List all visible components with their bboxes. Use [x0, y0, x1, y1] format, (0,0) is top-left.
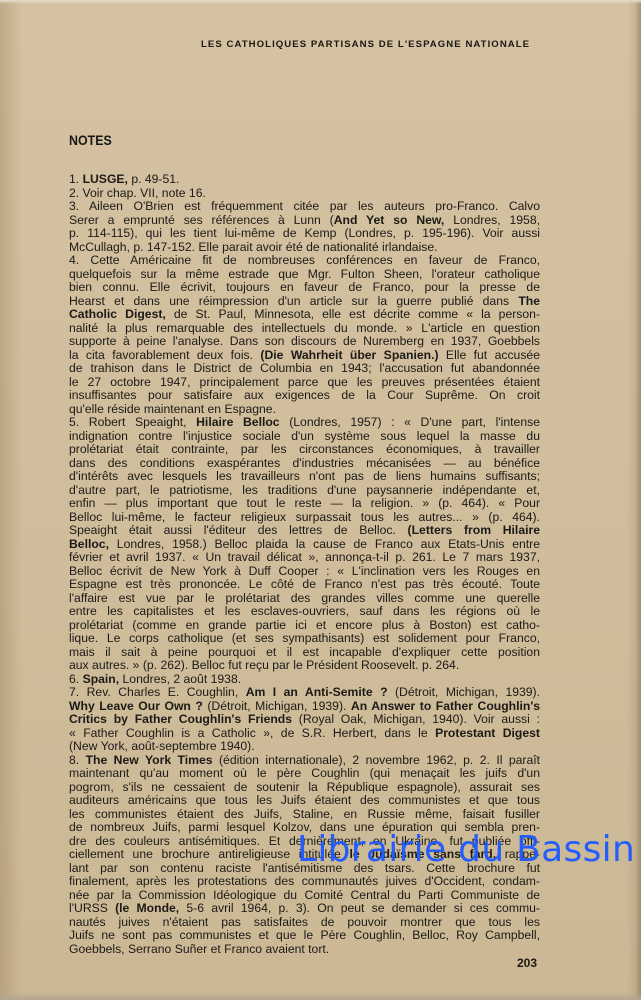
note-text: indignation contre l'injustice sociale d… — [69, 429, 540, 443]
note-text: 1. — [69, 172, 83, 186]
note-text: Londres, 2 août 1938. — [119, 672, 241, 686]
note-text: Belloc écrivit de New York à Duff Cooper… — [69, 564, 540, 578]
note-line: dans des conditions exaspérantes d'indus… — [69, 457, 540, 471]
note-text: prolétariat (comme en grande partie ici … — [69, 618, 540, 632]
note-text: maintenant qu'au moment où le père Cough… — [69, 766, 540, 780]
note-line: de trahison dans le District de Columbia… — [69, 362, 540, 376]
note-text: (Royal Oak, Michigan, 1940). Voir aussi … — [292, 712, 540, 726]
note-text: (Détroit, Michigan, 1939). — [388, 685, 540, 699]
note-line: McCullagh, p. 147-152. Elle parait avoir… — [69, 241, 540, 255]
note-text: McCullagh, p. 147-152. Elle parait avoir… — [69, 240, 438, 254]
note-line: février et avril 1937. « Un travail déli… — [69, 551, 540, 565]
note-text: insuffisantes pour satisfaire aux exigen… — [69, 388, 540, 402]
note-text: de St. Paul, Minnesota, elle est décrite… — [166, 307, 540, 321]
note-line: Serer a emprunté ses références à Lunn (… — [69, 214, 540, 228]
bold-title: An Answer to Father Coughlin's — [351, 699, 540, 713]
note-line: lique. Le corps catholique (et ses sympa… — [69, 632, 540, 646]
note-line: nalité la plus remarquable des intellect… — [69, 322, 540, 336]
note-2: 2. Voir chap. VII, note 16. — [69, 187, 540, 201]
note-text: la cita favorablement deux fois. — [69, 348, 260, 362]
note-line: 7. Rev. Charles E. Coughlin, Am I an Ant… — [69, 686, 540, 700]
note-line: nautés juives n'étaient pas satisfaites … — [69, 916, 540, 930]
note-text: Speaight était aussi l'éditeur des lettr… — [69, 523, 408, 537]
note-line: finalement, après les protestations des … — [69, 875, 540, 889]
note-text: de trahison dans le District de Columbia… — [69, 361, 540, 375]
note-text: 6. — [69, 672, 83, 686]
note-line: quelquefois sur la même estrade que Mgr.… — [69, 268, 540, 282]
note-text: auditeurs américains que tous les Juifs … — [69, 793, 540, 807]
note-text: (Londres, 1957) : « D'une part, l'intens… — [280, 415, 540, 429]
note-line: enfin — plus important que tout le reste… — [69, 497, 540, 511]
running-head: LES CATHOLIQUES PARTISANS DE L'ESPAGNE N… — [201, 39, 530, 50]
note-text: « Father Coughlin is a Catholic », de S.… — [69, 726, 435, 740]
bold-title: Hilaire Belloc — [196, 415, 279, 429]
note-4: 4. Cette Américaine fit de nombreuses co… — [69, 254, 540, 416]
note-line: 8. The New York Times (édition internati… — [69, 754, 540, 768]
note-text: qu'elle réside maintenant en Espagne. — [69, 402, 276, 416]
note-text: 8. — [69, 753, 86, 767]
note-text: 7. Rev. Charles E. Coughlin, — [69, 685, 246, 699]
note-5: 5. Robert Speaight, Hilaire Belloc (Lond… — [69, 416, 540, 673]
note-line: les communistes étaient des Juifs, Stali… — [69, 808, 540, 822]
note-line: Juifs ne sont pas communistes et que le … — [69, 929, 540, 943]
page-top-edge — [0, 0, 641, 4]
bold-title: LUSGE, — [83, 172, 128, 186]
note-text: 5-6 avril 1964, p. 3). On peut se demand… — [179, 901, 540, 915]
note-line: prolétariat était contrainte, par les ci… — [69, 443, 540, 457]
note-line: indignation contre l'injustice sociale d… — [69, 430, 540, 444]
note-line: p. 114-115), qui les tient lui-même de K… — [69, 227, 540, 241]
note-line: « Father Coughlin is a Catholic », de S.… — [69, 727, 540, 741]
note-3: 3. Aileen O'Brien est fréquemment citée … — [69, 200, 540, 254]
note-line: aux autres. » (p. 262). Belloc fut reçu … — [69, 659, 540, 673]
note-text: 5. Robert Speaight, — [69, 415, 196, 429]
note-text: Elle fut accusée — [439, 348, 540, 362]
note-line: née par la Commission Idéologique du Com… — [69, 889, 540, 903]
note-text: finalement, après les protestations des … — [69, 874, 540, 888]
note-line: 6. Spain, Londres, 2 août 1938. — [69, 673, 540, 687]
note-text: nautés juives n'étaient pas satisfaites … — [69, 915, 540, 929]
note-7: 7. Rev. Charles E. Coughlin, Am I an Ant… — [69, 686, 540, 754]
note-text: mais il sait à peine pourquoi et il est … — [69, 645, 540, 659]
note-6: 6. Spain, Londres, 2 août 1938. — [69, 673, 540, 687]
bold-title: (Die Wahrheit über Spanien.) — [260, 348, 438, 362]
note-text: (Détroit, Michigan, 1939). — [203, 699, 351, 713]
note-text: p. 114-115), qui les tient lui-même de K… — [69, 226, 540, 240]
note-text: d'autre part, le patriotisme, les tradit… — [69, 483, 540, 497]
note-line: bien connu. Elle écrivit, toujours en fa… — [69, 281, 540, 295]
note-text: bien connu. Elle écrivit, toujours en fa… — [69, 280, 540, 294]
bold-title: The — [518, 294, 540, 308]
note-text: enfin — plus important que tout le reste… — [69, 496, 540, 510]
note-text: d'intérêts avec lesquels les travailleur… — [69, 469, 540, 483]
note-text: Hearst et dans une réimpression d'un art… — [69, 294, 518, 308]
note-line: mais il sait à peine pourquoi et il est … — [69, 646, 540, 660]
page-number: 203 — [517, 956, 537, 970]
note-text: prolétariat était contrainte, par les ci… — [69, 442, 540, 456]
bold-title: Critics by Father Coughlin's Friends — [69, 712, 292, 726]
note-text: 3. Aileen O'Brien est fréquemment citée … — [69, 199, 540, 213]
note-text: Goebbels, Serrano Suñer et Franco avaien… — [69, 942, 329, 956]
note-line: Why Leave Our Own ? (Détroit, Michigan, … — [69, 700, 540, 714]
note-line: 4. Cette Américaine fit de nombreuses co… — [69, 254, 540, 268]
note-line: Speaight était aussi l'éditeur des lettr… — [69, 524, 540, 538]
note-line: Hearst et dans une réimpression d'un art… — [69, 295, 540, 309]
note-line: (New York, août-septembre 1940). — [69, 740, 540, 754]
note-text: pogrom, s'ils ne cessaient de soutenir l… — [69, 780, 540, 794]
note-text: Belloc lui-même, le facteur religieux su… — [69, 510, 540, 524]
note-line: supporte à peine l'analyse. Dans son dis… — [69, 335, 540, 349]
bold-title: Am I an Anti-Semite ? — [246, 685, 388, 699]
note-line: entre les capitalistes et les esclaves-o… — [69, 605, 540, 619]
note-line: l'affaire est vue par le prolétariat des… — [69, 592, 540, 606]
note-text: (New York, août-septembre 1940). — [69, 739, 255, 753]
note-text: Londres, 1958, — [444, 213, 540, 227]
watermark: Librairie du Bassin — [297, 829, 635, 870]
note-text: née par la Commission Idéologique du Com… — [69, 888, 540, 902]
note-line: 3. Aileen O'Brien est fréquemment citée … — [69, 200, 540, 214]
bold-title: Why Leave Our Own ? — [69, 699, 203, 713]
note-text: Londres, 1958.) Belloc plaida la cause d… — [109, 537, 540, 551]
note-line: d'autre part, le patriotisme, les tradit… — [69, 484, 540, 498]
note-text: quelquefois sur la même estrade que Mgr.… — [69, 267, 540, 281]
bold-title: Protestant Digest — [435, 726, 540, 740]
note-line: Catholic Digest, de St. Paul, Minnesota,… — [69, 308, 540, 322]
note-line: 2. Voir chap. VII, note 16. — [69, 187, 540, 201]
note-line: 1. LUSGE, p. 49-51. — [69, 173, 540, 187]
bold-title: Spain, — [83, 672, 120, 686]
bold-title: (Letters from Hilaire — [408, 523, 540, 537]
note-text: Serer a emprunté ses références à Lunn ( — [69, 213, 334, 227]
page-bottom-edge — [0, 992, 641, 1000]
note-text: p. 49-51. — [128, 172, 180, 186]
page-title: NOTES — [69, 133, 112, 148]
note-text: dans des conditions exaspérantes d'indus… — [69, 456, 540, 470]
bold-title: Belloc, — [69, 537, 109, 551]
note-text: le 27 octobre 1947, principalement parce… — [69, 375, 540, 389]
note-text: entre les capitalistes et les esclaves-o… — [69, 604, 540, 618]
bold-title: The New York Times — [86, 753, 213, 767]
note-line: Belloc lui-même, le facteur religieux su… — [69, 511, 540, 525]
note-line: qu'elle réside maintenant en Espagne. — [69, 403, 540, 417]
note-line: maintenant qu'au moment où le père Cough… — [69, 767, 540, 781]
note-line: Belloc écrivit de New York à Duff Cooper… — [69, 565, 540, 579]
note-line: Belloc, Londres, 1958.) Belloc plaida la… — [69, 538, 540, 552]
note-text: l'affaire est vue par le prolétariat des… — [69, 591, 540, 605]
note-text: Juifs ne sont pas communistes et que le … — [69, 928, 540, 942]
bold-title: (le Monde, — [115, 901, 179, 915]
note-text: Espagne est très prononcée. Le côté de F… — [69, 577, 540, 591]
note-line: insuffisantes pour satisfaire aux exigen… — [69, 389, 540, 403]
note-line: la cita favorablement deux fois. (Die Wa… — [69, 349, 540, 363]
note-line: d'intérêts avec lesquels les travailleur… — [69, 470, 540, 484]
note-line: l'URSS (le Monde, 5-6 avril 1964, p. 3).… — [69, 902, 540, 916]
note-text: 4. Cette Américaine fit de nombreuses co… — [69, 253, 540, 267]
note-line: auditeurs américains que tous les Juifs … — [69, 794, 540, 808]
note-line: prolétariat (comme en grande partie ici … — [69, 619, 540, 633]
note-line: Goebbels, Serrano Suñer et Franco avaien… — [69, 943, 540, 957]
note-text: février et avril 1937. « Un travail déli… — [69, 550, 540, 564]
note-text: (édition internationale), 2 novembre 196… — [213, 753, 540, 767]
note-1: 1. LUSGE, p. 49-51. — [69, 173, 540, 187]
note-line: le 27 octobre 1947, principalement parce… — [69, 376, 540, 390]
bold-title: Catholic Digest, — [69, 307, 166, 321]
note-line: Espagne est très prononcée. Le côté de F… — [69, 578, 540, 592]
note-text: 2. Voir chap. VII, note 16. — [69, 186, 206, 200]
note-line: Critics by Father Coughlin's Friends (Ro… — [69, 713, 540, 727]
note-text: aux autres. » (p. 262). Belloc fut reçu … — [69, 658, 459, 672]
note-line: 5. Robert Speaight, Hilaire Belloc (Lond… — [69, 416, 540, 430]
note-text: supporte à peine l'analyse. Dans son dis… — [69, 334, 540, 348]
note-line: pogrom, s'ils ne cessaient de soutenir l… — [69, 781, 540, 795]
note-text: l'URSS — [69, 901, 115, 915]
note-text: les communistes étaient des Juifs, Stali… — [69, 807, 540, 821]
book-page: LES CATHOLIQUES PARTISANS DE L'ESPAGNE N… — [0, 0, 641, 1000]
note-text: lique. Le corps catholique (et ses sympa… — [69, 631, 540, 645]
note-text: nalité la plus remarquable des intellect… — [69, 321, 540, 335]
bold-title: And Yet so New, — [334, 213, 445, 227]
